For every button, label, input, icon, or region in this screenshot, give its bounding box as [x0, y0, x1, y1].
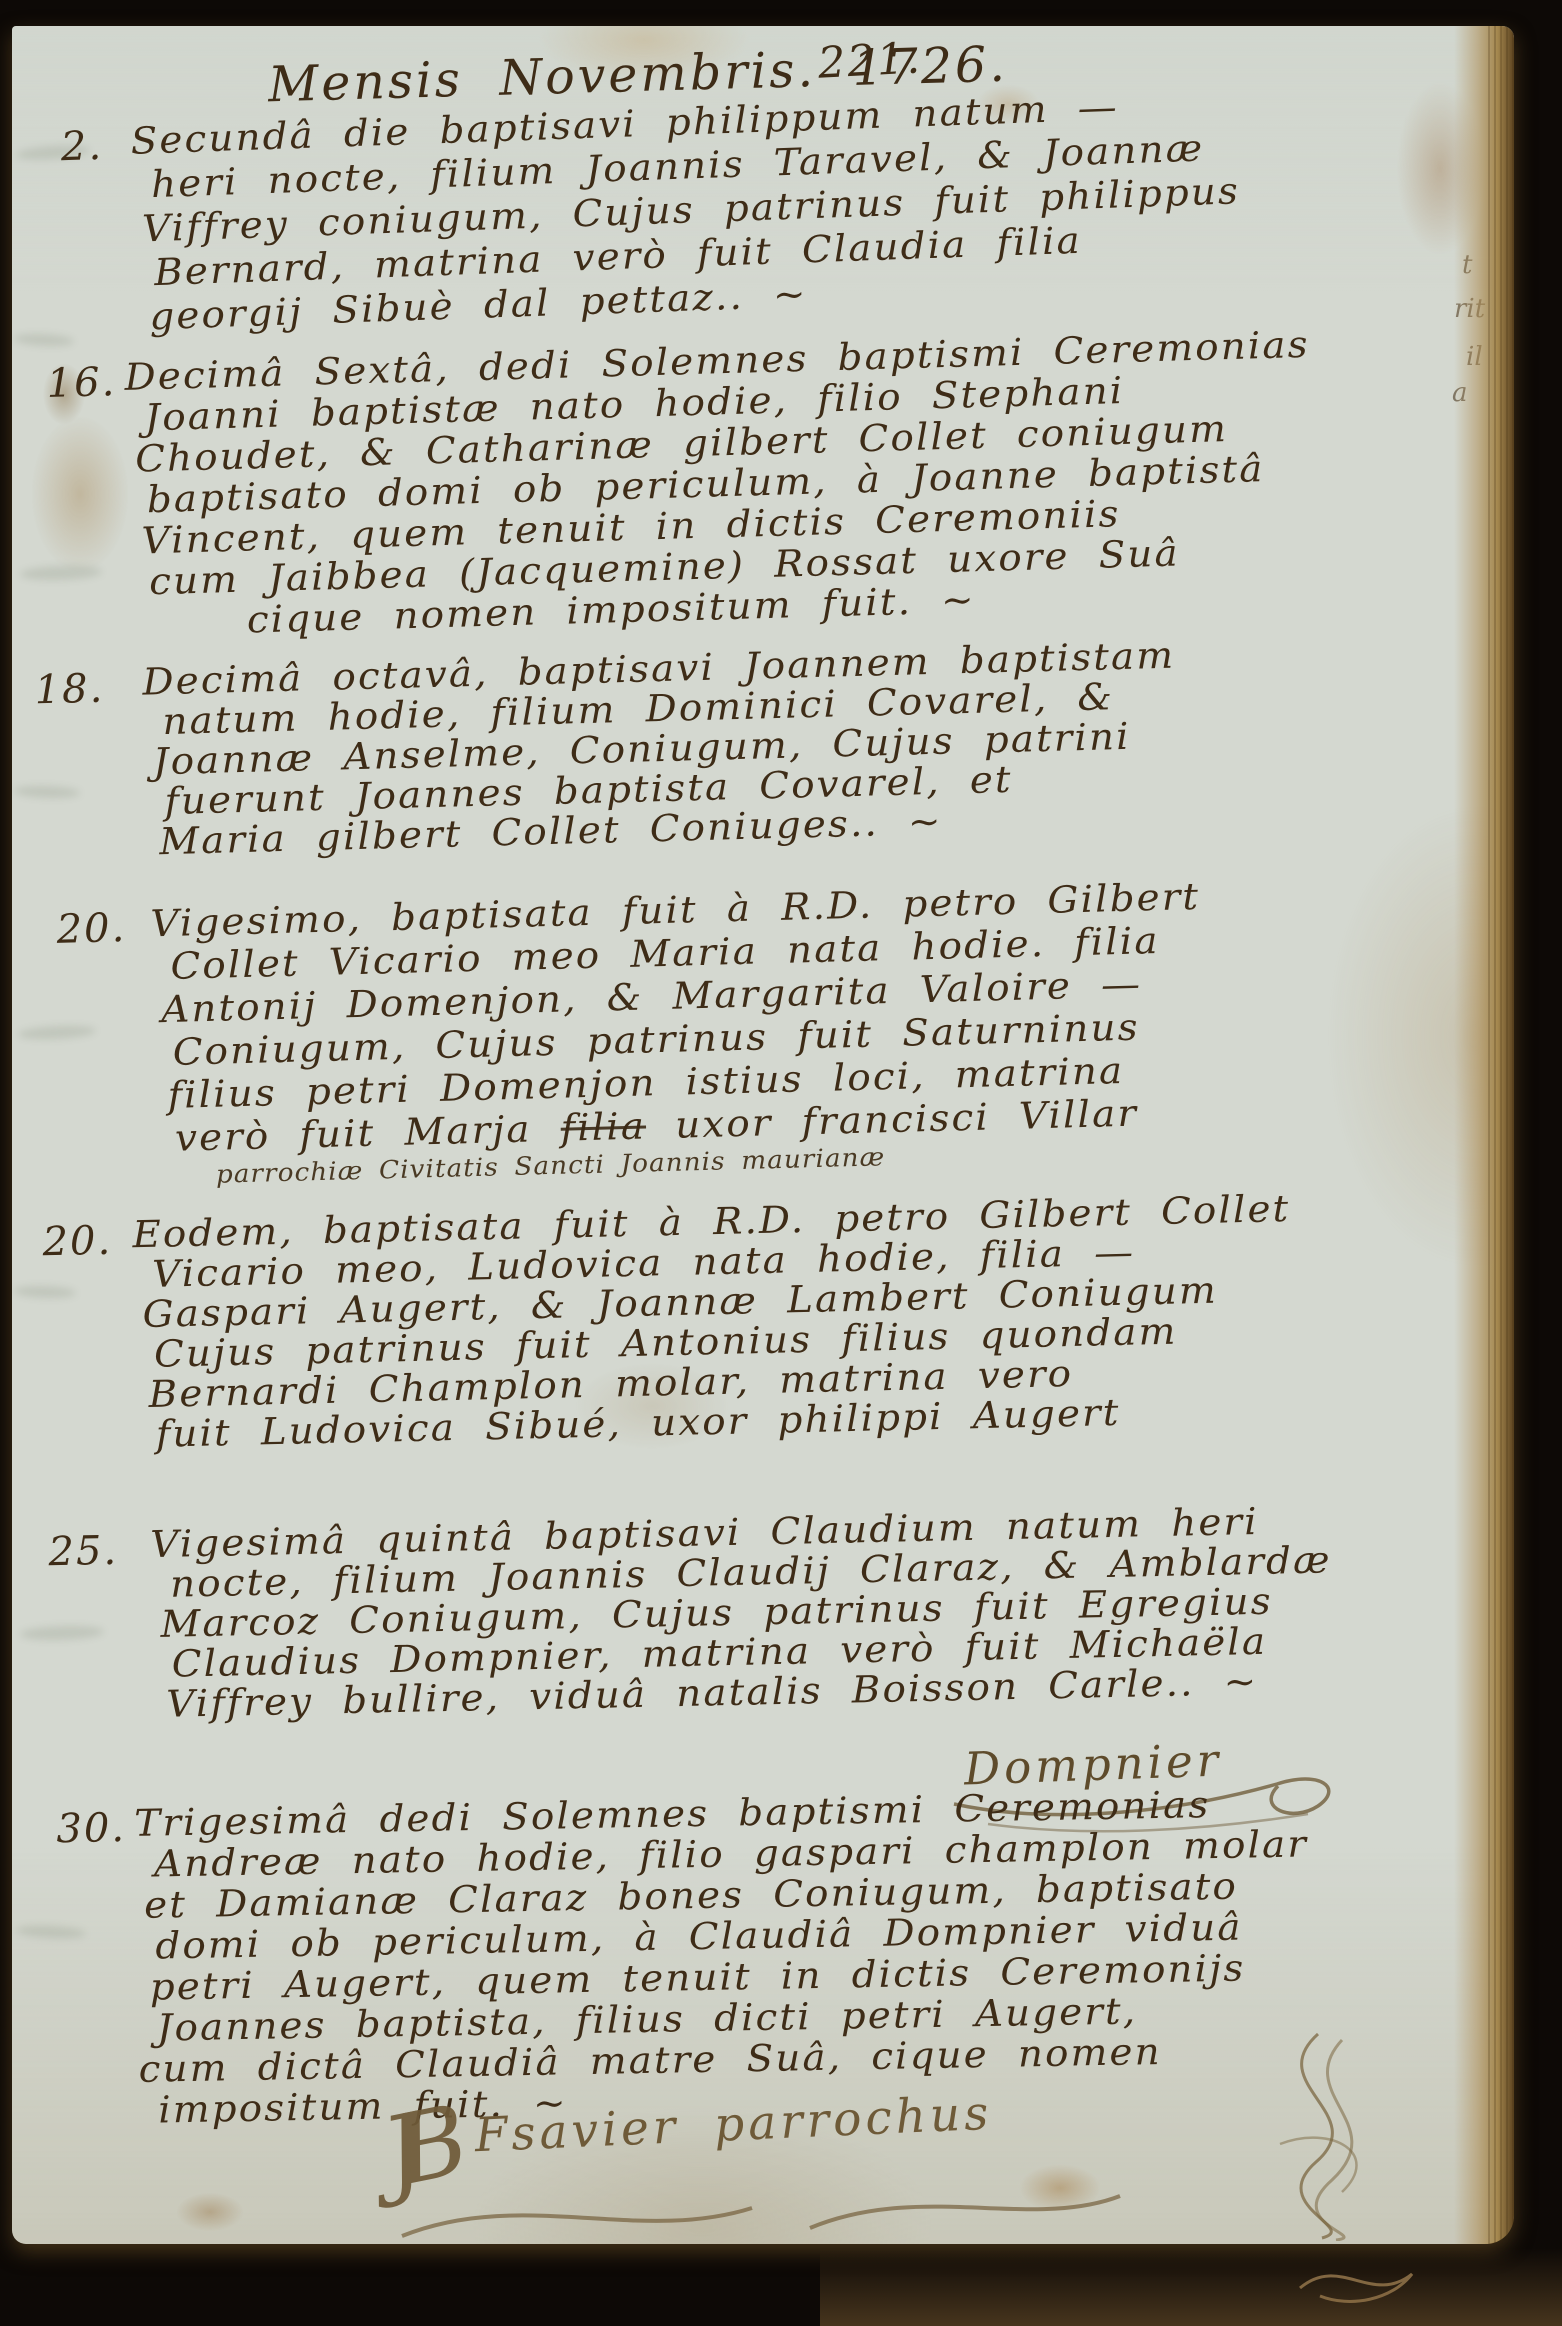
signature-name: Fsavier parrochus	[474, 2086, 994, 2164]
entry-day-30: 30. Trigesimâ dedi Solemnes baptismi Cer…	[12, 1779, 1519, 2133]
entry-day-20-second: 20. Eodem, baptisata fuit à R.D. petro G…	[12, 1184, 1519, 1458]
photograph-background: { "header": { "title": "Mensis Novembris…	[0, 0, 1562, 2326]
entry-day-number: 30.	[56, 1805, 126, 1852]
entry-day-number: 20.	[56, 905, 127, 953]
entry-day-20-first: 20. Vigesimo, baptisata fuit à R.D. petr…	[12, 867, 1521, 1201]
signature-monogram: JB	[376, 2099, 450, 2199]
entry-day-number: 18.	[34, 666, 105, 714]
entry-day-number: 25.	[48, 1528, 119, 1575]
entry-day-16: 16. Decimâ Sextâ, dedi Solemnes baptismi…	[12, 318, 1521, 647]
entry-day-number: 20.	[42, 1218, 113, 1266]
page-fore-edge	[1454, 26, 1514, 2244]
entry-day-number: 2.	[60, 123, 104, 170]
bottom-edge-flourish	[1280, 2246, 1435, 2321]
entry-day-25: 25. Vigesimâ quintâ baptisavi Claudium n…	[12, 1497, 1518, 1728]
page-number: 221.	[817, 33, 923, 88]
manuscript-page: Mensis Novembris. 1726. 221. 2. Secundâ …	[12, 26, 1514, 2244]
entry-day-number: 16.	[46, 359, 117, 407]
entry-day-18: 18. Decimâ octavâ, baptisavi Joannem bap…	[12, 627, 1519, 866]
entry-day-2: 2. Secundâ die baptisavi philippum natum…	[12, 72, 1521, 344]
